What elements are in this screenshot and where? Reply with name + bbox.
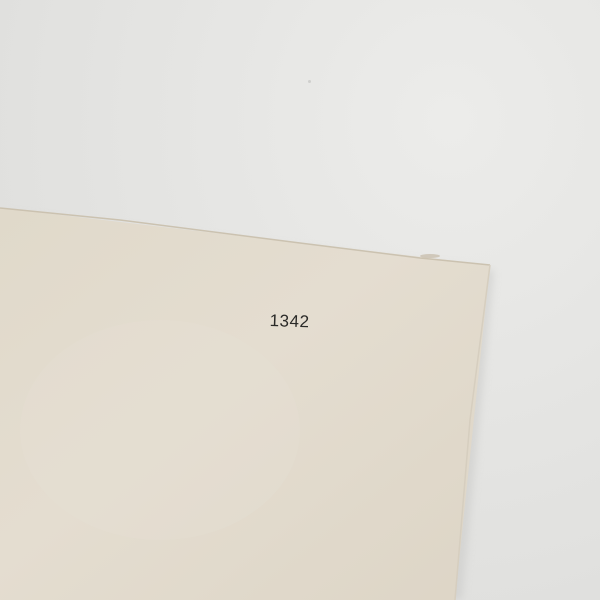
paper-number: 1342 [269, 311, 310, 332]
dust-speck [308, 80, 311, 83]
paper-sheet [0, 0, 600, 600]
background-surface: 1342 [0, 0, 600, 600]
